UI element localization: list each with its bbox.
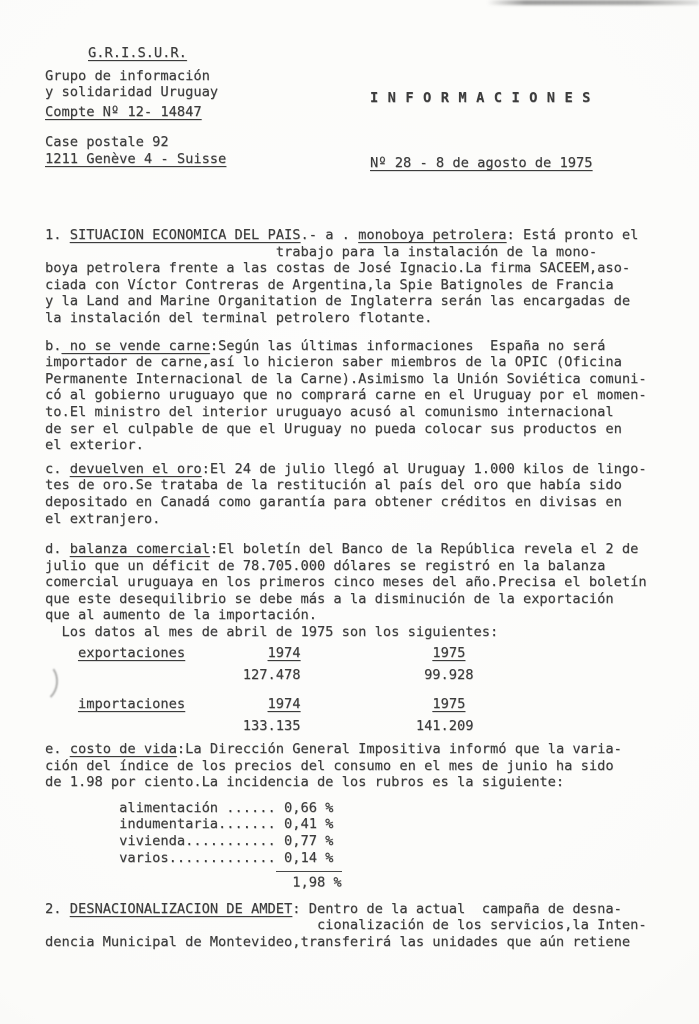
po-box: Case postale 92: [45, 134, 226, 151]
account-number: Compte Nº 12- 14847: [45, 104, 226, 121]
text-segment: d.: [45, 541, 70, 557]
underlined-text: balanza comercial: [70, 541, 210, 557]
paragraph-c-devuelven-el-oro: c. devuelven el oro:El 24 de julio llegó…: [45, 461, 690, 527]
text-segment: to.El ministro del interior uruguayo acu…: [45, 404, 614, 420]
text-segment: [300, 696, 432, 712]
text-segment: el extranjero.: [45, 511, 160, 527]
text-segment: julio que un déficit de 78.705.000 dólar…: [45, 558, 605, 574]
text-segment: boya petrolera frente a las costas de Jo…: [45, 260, 630, 276]
text-line: importaciones 1974 1975: [45, 696, 690, 713]
underlined-text: 1974: [268, 645, 301, 661]
text-line: que al aumento de la importación.: [45, 607, 690, 624]
text-line: Los datos al mes de abril de 1975 son lo…: [45, 624, 690, 641]
underlined-text: monoboya petrolera: [358, 227, 506, 243]
organization-block: G.R.I.S.U.R. Grupo de información y soli…: [45, 45, 226, 168]
paragraph-e-costo-de-vida: e. costo de vida:La Dirección General Im…: [45, 741, 690, 791]
text-line: 133.135 141.209: [45, 718, 690, 735]
org-acronym: G.R.I.S.U.R.: [88, 45, 226, 62]
text-line: 1,98 %: [45, 874, 690, 891]
underlined-text: costo de vida: [70, 741, 177, 757]
text-segment: la instalación del terminal petrolero fl…: [45, 310, 432, 326]
total-with-rule: 1,98 %: [276, 871, 342, 891]
text-segment: :El boletín del Banco de la República re…: [210, 541, 639, 557]
text-line: cionalización de los servicios,la Inten-: [45, 917, 690, 934]
underlined-text: 1975: [432, 645, 465, 661]
text-segment: tes de oro.Se trataba de la restitución …: [45, 477, 622, 493]
text-line: que este desequilibrio se debe más a la …: [45, 591, 690, 608]
section-2-desnacionalizacion-amdet: 2. DESNACIONALIZACION DE AMDET: Dentro d…: [45, 901, 690, 951]
text-line: el exterior.: [45, 437, 690, 454]
text-segment: 133.135 141.209: [45, 718, 474, 734]
text-segment: indumentaria....... 0,41 %: [45, 816, 333, 832]
underlined-text: 1974: [268, 696, 301, 712]
text-line: e. costo de vida:La Dirección General Im…: [45, 741, 690, 758]
text-segment: alimentación ...... 0,66 %: [45, 800, 333, 816]
text-segment: có al gobierno uruguayo que no comprará …: [45, 387, 647, 403]
text-line: Permanente Internacional de la Carne).As…: [45, 371, 690, 388]
text-segment: y la Land and Marine Organitation de Ing…: [45, 293, 630, 309]
text-line: c. devuelven el oro:El 24 de julio llegó…: [45, 461, 690, 478]
underlined-text: 1975: [432, 696, 465, 712]
text-line: ción del índice de los precios del consu…: [45, 758, 690, 775]
text-line: 2. DESNACIONALIZACION DE AMDET: Dentro d…: [45, 901, 690, 918]
text-segment: :La Dirección General Impositiva informó…: [177, 741, 622, 757]
cost-breakdown-list: alimentación ...... 0,66 % indumentaria.…: [45, 800, 690, 866]
text-segment: [300, 645, 432, 661]
text-segment: ción del índice de los precios del consu…: [45, 758, 614, 774]
text-line: vivienda........... 0,77 %: [45, 833, 690, 850]
text-segment: que este desequilibrio se debe más a la …: [45, 591, 614, 607]
text-line: importador de carne,así lo hicieron sabe…: [45, 354, 690, 371]
trade-table: exportaciones 1974 1975 127.478 99.928 i…: [45, 645, 690, 735]
text-segment: b.: [45, 338, 61, 354]
text-line: varios............. 0,14 %: [45, 850, 690, 867]
text-segment: c.: [45, 461, 70, 477]
paragraph-b-no-se-vende-carne: b. no se vende carne:Según las últimas i…: [45, 338, 690, 454]
text-segment: el exterior.: [45, 437, 144, 453]
text-line: julio que un déficit de 78.705.000 dólar…: [45, 558, 690, 575]
text-segment: Permanente Internacional de la Carne).As…: [45, 371, 647, 387]
section-1-situacion-economica: 1. SITUACION ECONOMICA DEL PAIS.- a . mo…: [45, 227, 690, 327]
underlined-text: importaciones: [78, 696, 185, 712]
paragraph-d-balanza-comercial: d. balanza comercial:El boletín del Banc…: [45, 541, 690, 641]
text-line: boya petrolera frente a las costas de Jo…: [45, 260, 690, 277]
text-segment: 2.: [45, 901, 70, 917]
underlined-text: no se vende carne: [61, 338, 209, 354]
text-segment: [45, 696, 78, 712]
text-segment: e.: [45, 741, 70, 757]
text-segment: comercial uruguaya en los primeros cinco…: [45, 574, 647, 590]
org-name-line2: y solidaridad Uruguay: [45, 84, 226, 101]
text-segment: [45, 645, 78, 661]
text-segment: que al aumento de la importación.: [45, 607, 317, 623]
text-line: có al gobierno uruguayo que no comprará …: [45, 387, 690, 404]
text-segment: 127.478 99.928: [45, 667, 474, 683]
text-segment: trabajo para la instalación de la mono-: [45, 244, 597, 260]
text-segment: vivienda........... 0,77 %: [45, 833, 333, 849]
text-line: trabajo para la instalación de la mono-: [45, 244, 690, 261]
text-segment: [185, 645, 267, 661]
cost-total-line: 1,98 %: [45, 874, 690, 891]
underlined-text: DESNACIONALIZACION DE AMDET: [70, 901, 293, 917]
text-segment: de 1.98 por ciento.La incidencia de los …: [45, 774, 564, 790]
text-segment: :El 24 de julio llegó al Uruguay 1.000 k…: [202, 461, 647, 477]
text-segment: [45, 874, 276, 890]
text-line: alimentación ...... 0,66 %: [45, 800, 690, 817]
masthead: I N F O R M A C I O N E S Nº 28 - 8 de a…: [370, 90, 593, 171]
underlined-text: SITUACION ECONOMICA DEL PAIS: [70, 227, 301, 243]
text-segment: varios............. 0,14 %: [45, 850, 333, 866]
text-line: el extranjero.: [45, 511, 690, 528]
text-segment: :Según las últimas informaciones España …: [210, 338, 606, 354]
text-line: depositado en Canadá como garantía para …: [45, 494, 690, 511]
text-line: ciada con Víctor Contreras de Argentina,…: [45, 277, 690, 294]
text-segment: dencia Municipal de Montevideo,transferi…: [45, 934, 630, 950]
text-line: exportaciones 1974 1975: [45, 645, 690, 662]
text-segment: .- a .: [300, 227, 358, 243]
text-line: de 1.98 por ciento.La incidencia de los …: [45, 774, 690, 791]
text-line: d. balanza comercial:El boletín del Banc…: [45, 541, 690, 558]
scanned-document-page: G.R.I.S.U.R. Grupo de información y soli…: [0, 0, 699, 1024]
bulletin-title: I N F O R M A C I O N E S: [370, 90, 593, 107]
org-name-line1: Grupo de información: [45, 68, 226, 85]
text-line: y la Land and Marine Organitation de Ing…: [45, 293, 690, 310]
text-segment: 1.: [45, 227, 70, 243]
text-segment: Los datos al mes de abril de 1975 son lo…: [45, 624, 498, 640]
text-segment: de ser el culpable de que el Uruguay no …: [45, 421, 622, 437]
text-line: tes de oro.Se trataba de la restitución …: [45, 477, 690, 494]
text-segment: ciada con Víctor Contreras de Argentina,…: [45, 277, 614, 293]
text-line: 1. SITUACION ECONOMICA DEL PAIS.- a . mo…: [45, 227, 690, 244]
text-line: comercial uruguaya en los primeros cinco…: [45, 574, 690, 591]
scan-artifact-top-smudge: [487, 0, 699, 5]
underlined-text: devuelven el oro: [70, 461, 202, 477]
text-line: to.El ministro del interior uruguayo acu…: [45, 404, 690, 421]
text-line: 127.478 99.928: [45, 667, 690, 684]
text-line: b. no se vende carne:Según las últimas i…: [45, 338, 690, 355]
document-body: 1. SITUACION ECONOMICA DEL PAIS.- a . mo…: [45, 227, 690, 951]
text-line: de ser el culpable de que el Uruguay no …: [45, 421, 690, 438]
text-line: indumentaria....... 0,41 %: [45, 816, 690, 833]
underlined-text: exportaciones: [78, 645, 185, 661]
text-segment: [185, 696, 267, 712]
text-line: dencia Municipal de Montevideo,transferi…: [45, 934, 690, 951]
address-line: 1211 Genève 4 - Suisse: [45, 151, 226, 168]
text-segment: depositado en Canadá como garantía para …: [45, 494, 622, 510]
text-segment: cionalización de los servicios,la Inten-: [45, 917, 647, 933]
text-line: la instalación del terminal petrolero fl…: [45, 310, 690, 327]
issue-number-date: Nº 28 - 8 de agosto de 1975: [370, 155, 593, 172]
text-segment: : Está pronto el: [507, 227, 639, 243]
text-segment: importador de carne,así lo hicieron sabe…: [45, 354, 622, 370]
text-segment: : Dentro de la actual campaña de desna-: [292, 901, 622, 917]
